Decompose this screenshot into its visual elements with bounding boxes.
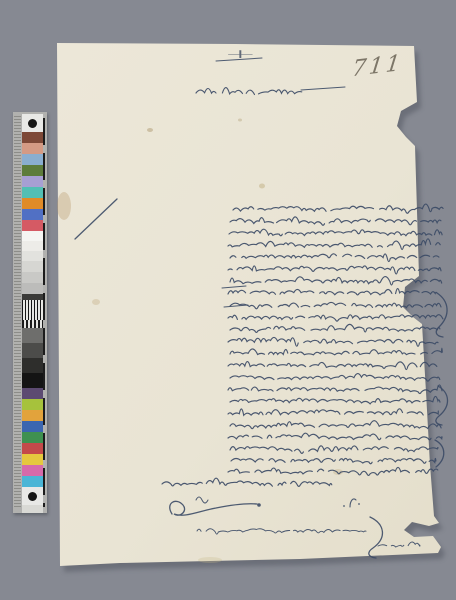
strip-scale-text [14,116,21,509]
strip-segment-label [22,505,43,513]
strip-segment-color [22,373,43,388]
strip-segment-color [22,476,43,487]
strip-segment-color [22,220,43,231]
strip-segment-color [22,176,43,187]
manuscript-page [0,0,456,600]
rubric-dot [257,503,261,507]
margin-flourish-2 [436,386,448,425]
color-calibration-strip [13,112,47,513]
margin-flourish-3 [435,440,444,467]
strip-segment-color [22,198,43,209]
strip-segment-circle [22,487,43,505]
strip-segment-color [22,399,43,410]
strip-segment-color [22,421,43,432]
strip-segment-color [22,465,43,476]
strip-edge-line [43,118,45,507]
strip-segment-color [22,251,43,261]
strip-segment-color [22,143,43,154]
strip-segment-color [22,432,43,443]
strip-segment-color [22,165,43,176]
strip-patches [22,114,43,513]
strip-segment-color [22,283,43,294]
strip-segment-color [22,410,43,421]
strip-segment-color [22,358,43,373]
registration-dot [28,119,37,128]
strip-segment-color [22,231,43,241]
archival-photo: 711 + [0,0,456,600]
s-dot-right [358,503,360,505]
registration-dot [28,492,37,501]
strip-segment-color [22,209,43,220]
strip-segment-ticks [22,320,43,328]
strip-segment-color [22,443,43,454]
strip-segment-barcode [22,300,43,320]
strip-segment-color [22,187,43,198]
strip-segment-color [22,328,43,343]
strip-segment-color [22,343,43,358]
strip-segment-color [22,388,43,399]
strip-segment-color [22,454,43,465]
strip-segment-color [22,241,43,251]
strip-segment-color [22,132,43,143]
strip-segment-color [22,154,43,165]
strip-segment-color [22,261,43,272]
strip-segment-circle [22,114,43,132]
paper-sheet [57,43,441,566]
cross-mark: + [224,46,257,61]
s-dot-left [343,505,345,507]
strip-segment-color [22,272,43,283]
